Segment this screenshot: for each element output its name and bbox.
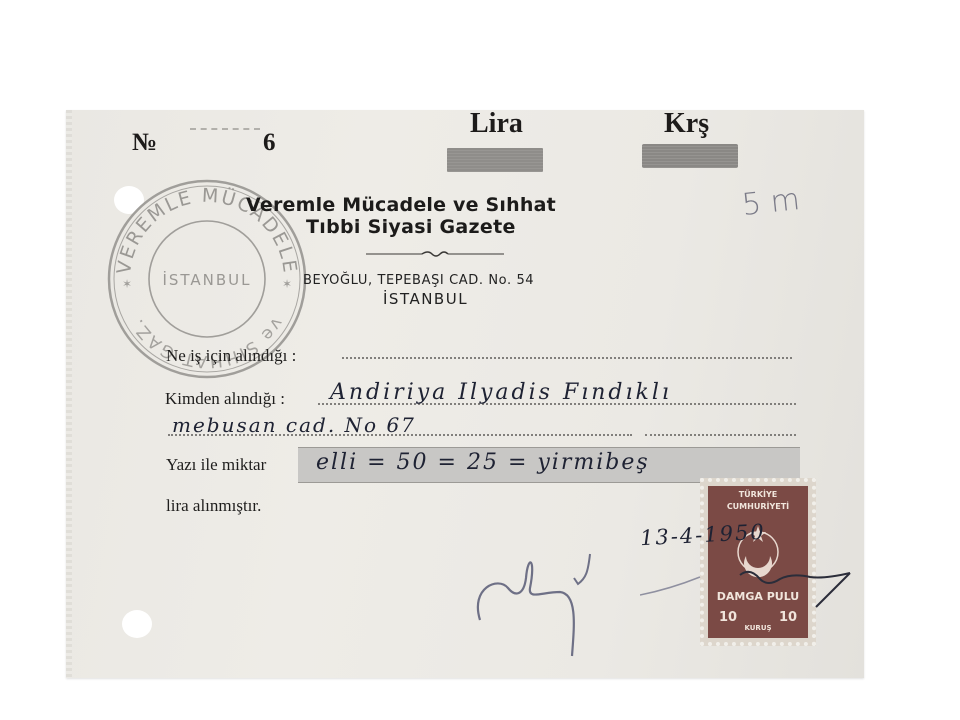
from-handwritten-line2: mebusan cad. No 67: [172, 413, 416, 437]
purpose-label: Ne iş için alındığı :: [166, 346, 296, 366]
ornament-divider-icon: [366, 250, 504, 258]
lira-amount-box: [447, 148, 543, 172]
amount-handwritten: elli = 50 = 25 = yirmibeş: [316, 450, 650, 475]
pencil-note: 5 m: [740, 182, 801, 223]
stamp-top-text: TÜRKİYE: [708, 490, 808, 499]
number-sign: №: [132, 129, 157, 157]
cancellation-scribble-icon: [640, 555, 860, 615]
receipt-number: 6: [263, 129, 276, 157]
purpose-field[interactable]: [342, 357, 792, 359]
stamp-arc-text: CUMHURİYETİ: [708, 502, 808, 511]
from-handwritten-line1: Andiriya Ilyadis Fındıklı: [330, 380, 672, 405]
amount-label: Yazı ile miktar: [166, 455, 266, 475]
letterhead-address: BEYOĞLU, TEPEBAŞI CAD. No. 54: [303, 273, 534, 288]
received-label: lira alınmıştır.: [166, 496, 261, 516]
from-label: Kimden alındığı :: [165, 389, 285, 409]
kurus-amount-box: [642, 144, 738, 168]
stamp-unit: KURUŞ: [708, 624, 808, 632]
letterhead-title-line2: Tıbbi Siyasi Gazete: [306, 216, 516, 238]
letterhead-city: İSTANBUL: [383, 290, 468, 308]
punch-hole-bottom: [122, 610, 152, 638]
letterhead-title-line1: Veremle Mücadele ve Sıhhat: [246, 194, 556, 216]
seal-center-text: İSTANBUL: [162, 270, 251, 289]
seal-star-left-icon: ✶: [122, 277, 132, 291]
kurus-header: Krş: [664, 108, 709, 140]
seal-star-right-icon: ✶: [282, 277, 292, 291]
signature-scribble-icon: [470, 548, 610, 658]
lira-header: Lira: [470, 108, 523, 140]
number-dotted-field: [190, 128, 260, 130]
from-field-line2b[interactable]: [645, 434, 796, 436]
